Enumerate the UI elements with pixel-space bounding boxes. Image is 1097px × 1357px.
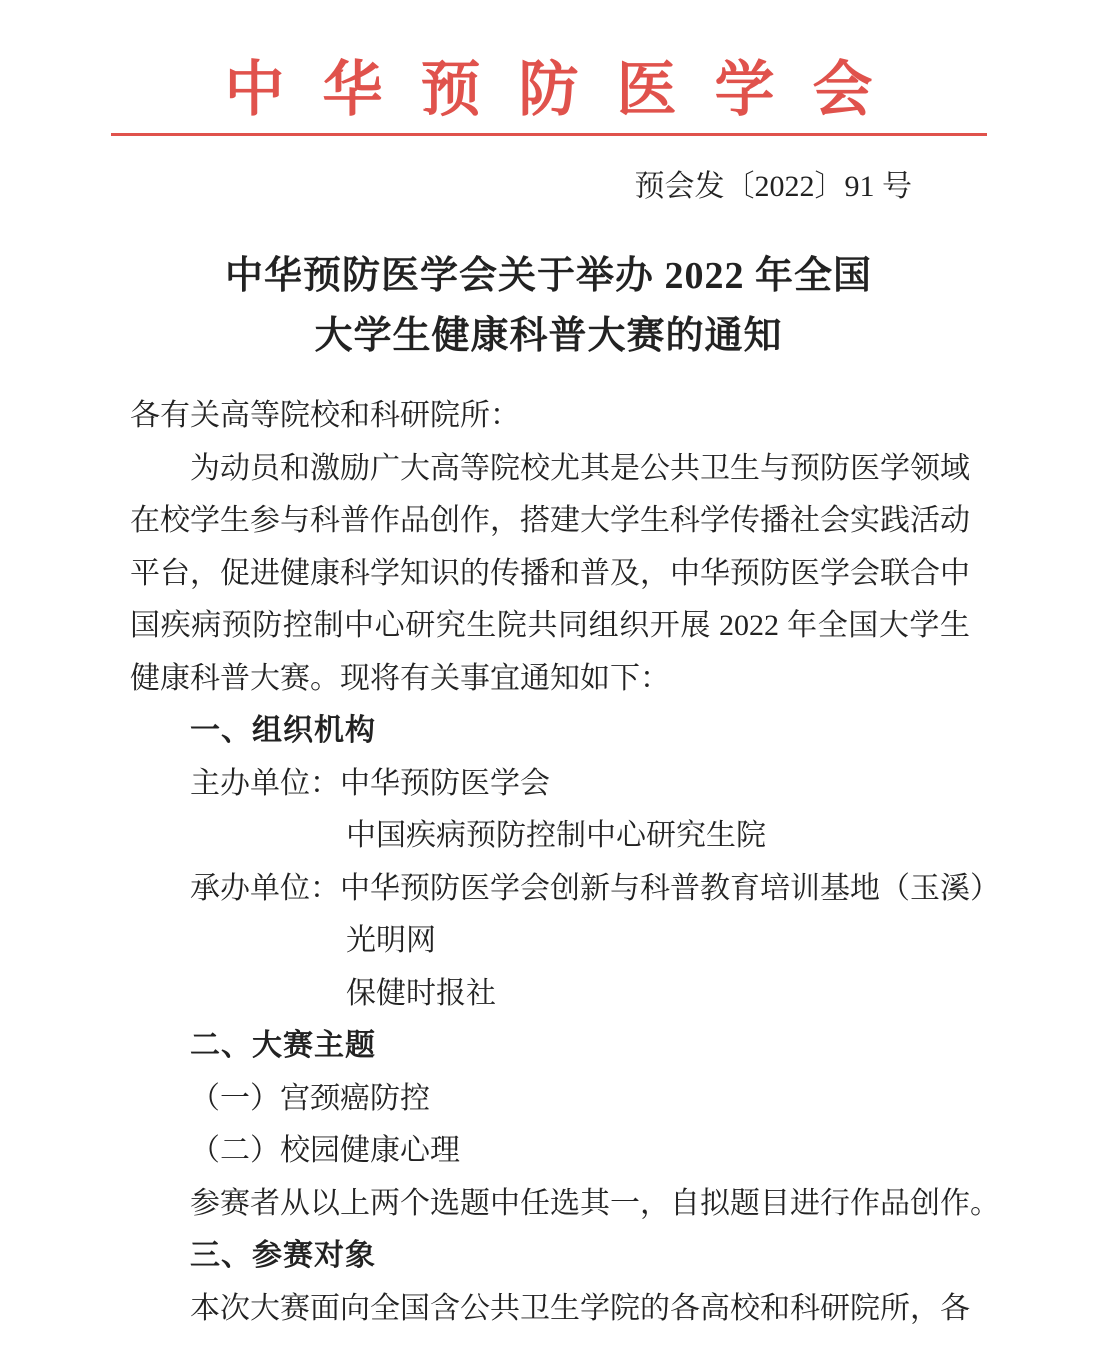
notice-title-line1: 中华预防医学会关于举办 2022 年全国 [0,246,1097,306]
header-divider-line [111,133,987,136]
body-line: 中国疾病预防控制中心研究生院 [130,810,970,863]
doc-number: 预会发〔2022〕91 号 [0,168,1097,206]
document-page: 中华预防医学会 预会发〔2022〕91 号 中华预防医学会关于举办 2022 年… [0,0,1097,1357]
body-line: 三、参赛对象 [130,1230,970,1283]
body-lines: 一、组织机构主办单位：中华预防医学会中国疾病预防控制中心研究生院承办单位：中华预… [130,705,970,1335]
body-line: 保健时报社 [130,968,970,1021]
notice-title-line2: 大学生健康科普大赛的通知 [0,306,1097,366]
body-line: （二）校园健康心理 [130,1125,970,1178]
org-name-header: 中华预防医学会 [0,0,1097,125]
body-line: 光明网 [130,915,970,968]
notice-title: 中华预防医学会关于举办 2022 年全国 大学生健康科普大赛的通知 [0,246,1097,366]
body-line: 承办单位：中华预防医学会创新与科普教育培训基地（玉溪） [130,863,970,916]
notice-body: 各有关高等院校和科研院所： 为动员和激励广大高等院校尤其是公共卫生与预防医学领域… [0,390,1097,1335]
body-line: 二、大赛主题 [130,1020,970,1073]
body-line: 主办单位：中华预防医学会 [130,758,970,811]
body-line: 本次大赛面向全国含公共卫生学院的各高校和科研院所，各 [130,1283,970,1336]
intro-paragraph: 为动员和激励广大高等院校尤其是公共卫生与预防医学领域在校学生参与科普作品创作，搭… [130,443,970,706]
body-line: （一）宫颈癌防控 [130,1073,970,1126]
body-line: 一、组织机构 [130,705,970,758]
salutation-line: 各有关高等院校和科研院所： [130,390,970,443]
body-line: 参赛者从以上两个选题中任选其一，自拟题目进行作品创作。 [130,1178,970,1231]
